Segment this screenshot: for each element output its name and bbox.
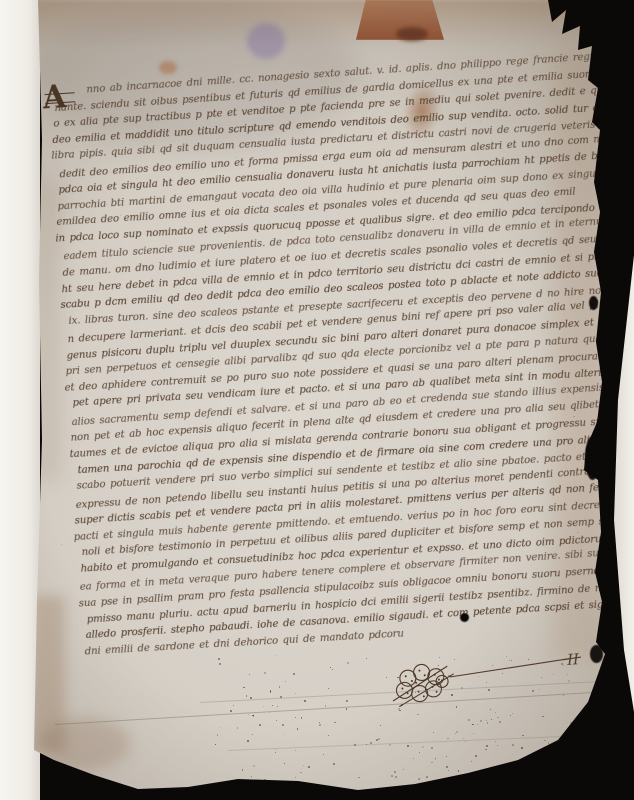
backdrop-left-surface xyxy=(0,0,40,800)
parchment-sheet: A nno ab incarnacoe dni mille. cc. nonag… xyxy=(0,0,634,800)
backdrop-right-surface xyxy=(612,0,634,800)
speckles xyxy=(0,0,634,800)
manuscript-photograph: A nno ab incarnacoe dni mille. cc. nonag… xyxy=(0,0,634,800)
